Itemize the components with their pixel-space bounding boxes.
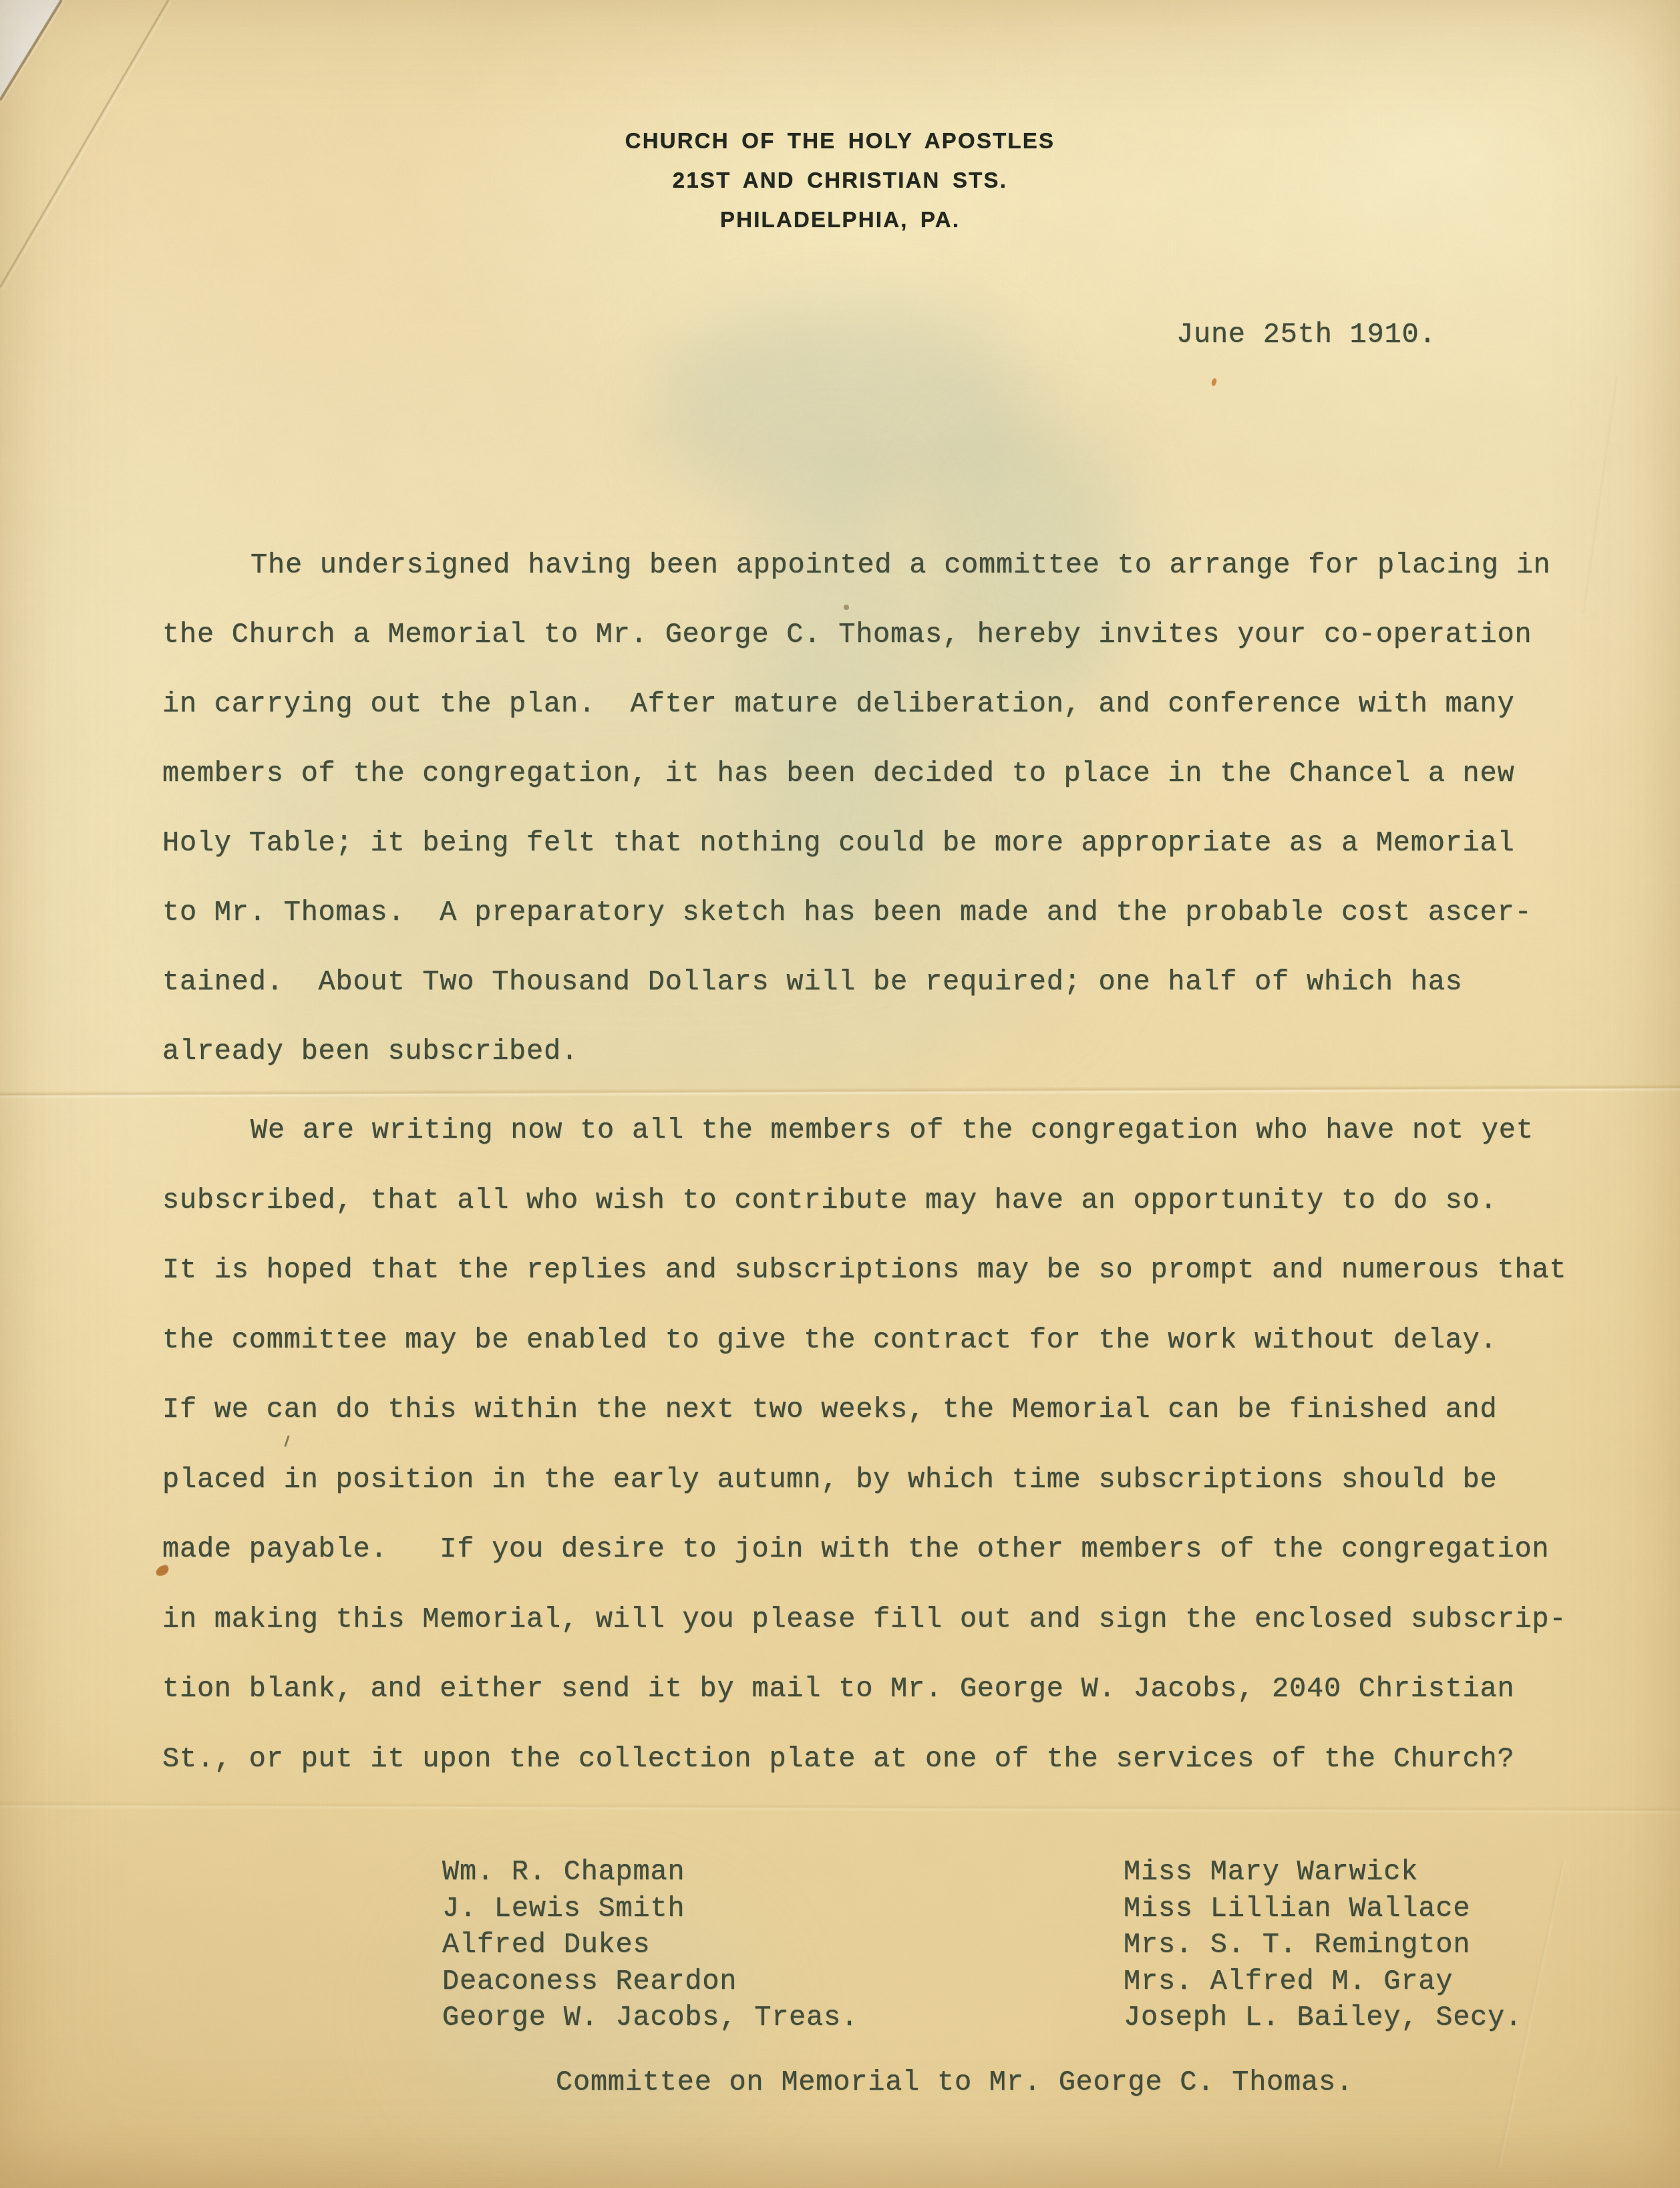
committee-right-column: Miss Mary Warwick Miss Lillian Wallace M… xyxy=(1124,1854,1522,2036)
committee-caption: Committee on Memorial to Mr. George C. T… xyxy=(556,2064,1353,2100)
date-line: June 25th 1910. xyxy=(1176,317,1436,353)
committee-member: Mrs. Alfred M. Gray xyxy=(1124,1964,1522,2000)
committee-member: Miss Mary Warwick xyxy=(1124,1854,1522,1891)
letter-line: the committee may be enabled to give the… xyxy=(162,1305,1566,1376)
letter-line: tion blank, and either send it by mail t… xyxy=(162,1654,1566,1724)
committee-member: Joseph L. Bailey, Secy. xyxy=(1124,2000,1522,2036)
letter-line: members of the congregation, it has been… xyxy=(162,739,1551,808)
letter-line: subscribed, that all who wish to contrib… xyxy=(162,1166,1566,1236)
letter-line: tained. About Two Thousand Dollars will … xyxy=(162,947,1551,1017)
committee-member: George W. Jacobs, Treas. xyxy=(442,2000,858,2036)
committee-member: Miss Lillian Wallace xyxy=(1124,1891,1522,1927)
horizontal-fold-crease xyxy=(0,1801,1680,1815)
paragraph-2: We are writing now to all the members of… xyxy=(162,1096,1566,1794)
committee-member: Deaconess Reardon xyxy=(442,1964,858,2000)
letterhead: CHURCH OF THE HOLY APOSTLES 21ST AND CHR… xyxy=(0,121,1680,239)
letter-line: If we can do this within the next two we… xyxy=(162,1375,1566,1445)
letter-page: CHURCH OF THE HOLY APOSTLES 21ST AND CHR… xyxy=(0,0,1680,2188)
committee-member: Alfred Dukes xyxy=(442,1927,858,1964)
letter-line: in making this Memorial, will you please… xyxy=(162,1585,1566,1655)
letterhead-church-name: CHURCH OF THE HOLY APOSTLES xyxy=(0,121,1680,160)
letter-line: Holy Table; it being felt that nothing c… xyxy=(162,808,1551,878)
paragraph-1: The undersigned having been appointed a … xyxy=(162,530,1551,1086)
letter-line: made payable. If you desire to join with… xyxy=(162,1515,1566,1585)
committee-member: Mrs. S. T. Remington xyxy=(1124,1927,1522,1964)
letterhead-street-address: 21ST AND CHRISTIAN STS. xyxy=(0,160,1680,200)
letter-line: to Mr. Thomas. A preparatory sketch has … xyxy=(162,878,1551,947)
letterhead-city-state: PHILADELPHIA, PA. xyxy=(0,200,1680,239)
letter-line: already been subscribed. xyxy=(162,1017,1551,1086)
letter-line: We are writing now to all the members of… xyxy=(162,1096,1566,1166)
letter-line: It is hoped that the replies and subscri… xyxy=(162,1235,1566,1305)
diagonal-crease xyxy=(1583,375,1619,614)
letter-line: the Church a Memorial to Mr. George C. T… xyxy=(162,600,1551,669)
letter-line: The undersigned having been appointed a … xyxy=(162,530,1551,600)
rust-speck xyxy=(1211,377,1218,386)
committee-member: J. Lewis Smith xyxy=(442,1891,858,1927)
letter-line: placed in position in the early autumn, … xyxy=(162,1445,1566,1515)
letter-line: St., or put it upon the collection plate… xyxy=(162,1724,1566,1794)
paper-stain xyxy=(655,307,1029,508)
letter-line: in carrying out the plan. After mature d… xyxy=(162,669,1551,739)
committee-left-column: Wm. R. Chapman J. Lewis Smith Alfred Duk… xyxy=(442,1854,858,2036)
committee-member: Wm. R. Chapman xyxy=(442,1854,858,1891)
